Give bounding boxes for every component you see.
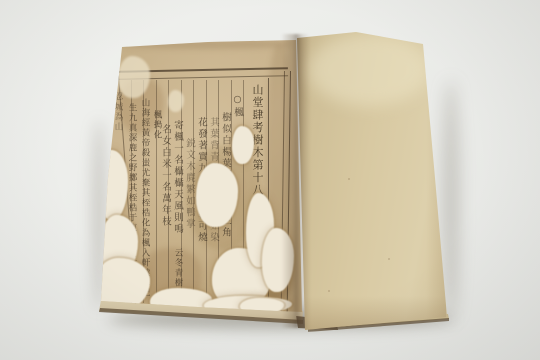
paper-sheen	[308, 34, 430, 106]
stain	[122, 40, 292, 49]
text-column: 寄楓一名欇欇天風則鳴	[171, 120, 184, 245]
subheader-column: 楓搗化	[150, 110, 163, 146]
entry-header-column: ○楓	[231, 94, 244, 124]
paper-speck	[388, 258, 390, 260]
book-shadow-right	[443, 80, 459, 320]
text-column: 忍城為山	[111, 92, 124, 144]
photo-scene: 山堂肆考樹木第十八式 ○楓 樹似白楊葉圓而歧分三角 其葉背青赤霜後殷紅如染 花發…	[0, 0, 540, 360]
book-gutter-shadow	[281, 34, 309, 328]
paper-speck	[328, 290, 330, 292]
left-page: 山堂肆考樹木第十八式 ○楓 樹似白楊葉圓而歧分三角 其葉背青赤霜後殷紅如染 花發…	[98, 38, 304, 314]
right-page	[288, 28, 450, 334]
paper-speck	[348, 178, 350, 180]
text-column: 鋭文木麂繁如鴨掌	[183, 138, 196, 233]
